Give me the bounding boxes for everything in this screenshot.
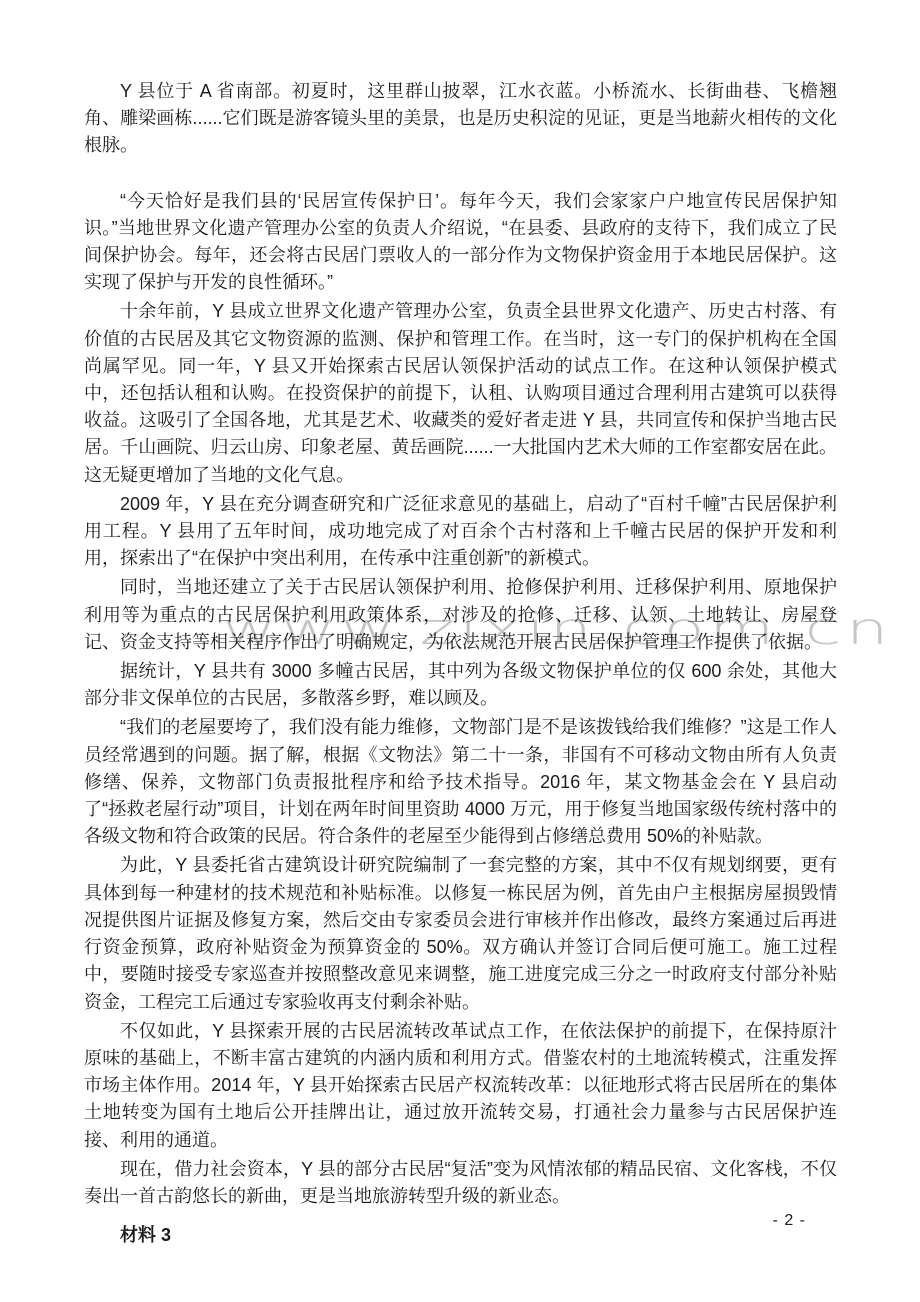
body-paragraph: Y 县位于 A 省南部。初夏时，这里群山披翠，江水衣蓝。小桥流水、长街曲巷、飞檐… — [84, 78, 837, 160]
body-paragraph: “今天恰好是我们县的‘民居宣传保护日’。每年今天，我们会家家户户地宣传民居保护知… — [84, 188, 837, 297]
document-page: www.zixin.com.cn Y 县位于 A 省南部。初夏时，这里群山披翠，… — [0, 0, 920, 1302]
body-paragraph: 据统计，Y 县共有 3000 多幢古民居，其中列为各级文物保护单位的仅 600 … — [84, 658, 837, 712]
body-paragraph: 十余年前，Y 县成立世界文化遗产管理办公室，负责全县世界文化遗产、历史古村落、有… — [84, 298, 837, 488]
body-paragraph: 不仅如此，Y 县探索开展的古民居流转改革试点工作，在依法保护的前提下，在保持原汁… — [84, 1018, 837, 1154]
page-number: - 2 - — [773, 1212, 806, 1230]
materials-heading: 材料 3 — [84, 1222, 837, 1249]
body-paragraph: 为此，Y 县委托省古建筑设计研究院编制了一套完整的方案，其中不仅有规划纲要，更有… — [84, 852, 837, 1015]
document-content: Y 县位于 A 省南部。初夏时，这里群山披翠，江水衣蓝。小桥流水、长街曲巷、飞檐… — [84, 76, 837, 1249]
body-paragraph: 2009 年，Y 县在充分调查研究和广泛征求意见的基础上，启动了“百村千幢”古民… — [84, 491, 837, 573]
body-paragraph: 现在，借力社会资本，Y 县的部分古民居“复活”变为风情浓郁的精品民宿、文化客栈，… — [84, 1156, 837, 1210]
body-paragraph: 同时，当地还建立了关于古民居认领保护利用、抢修保护利用、迁移保护利用、原地保护利… — [84, 574, 837, 656]
body-paragraph: “我们的老屋要垮了，我们没有能力维修，文物部门是不是该拨钱给我们维修？”这是工作… — [84, 714, 837, 850]
